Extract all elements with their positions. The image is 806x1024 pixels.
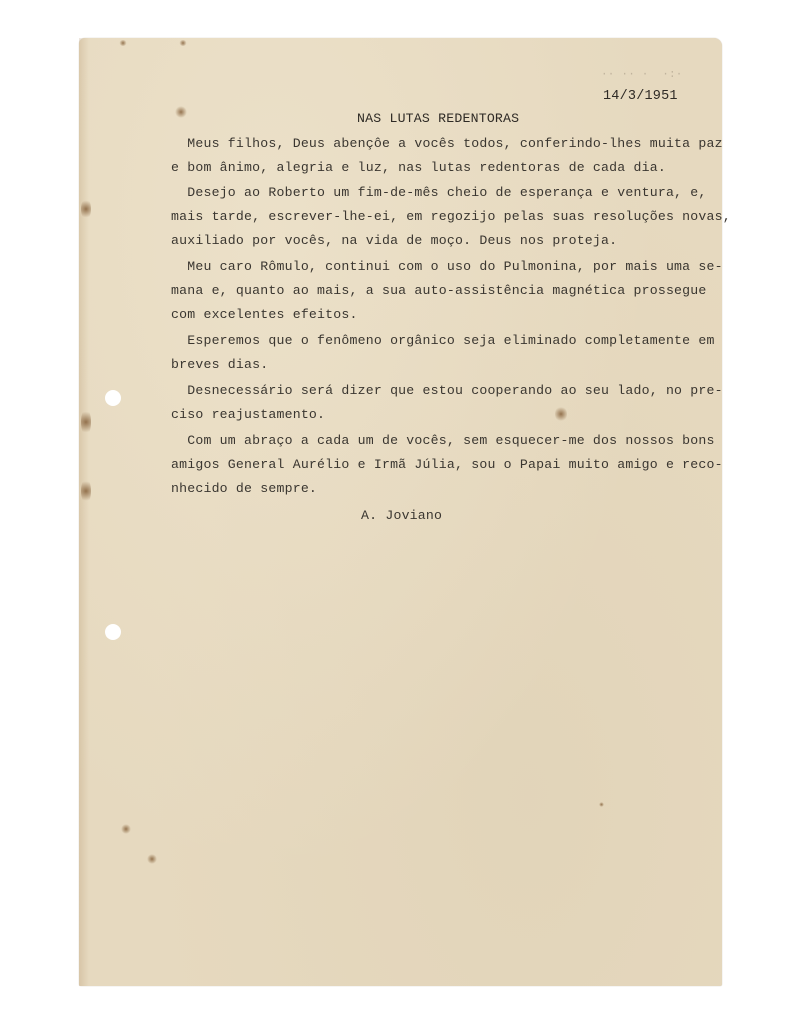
body-line: Desnecessário será dizer que estou coope… bbox=[171, 384, 723, 397]
body-line: Esperemos que o fenômeno orgânico seja e… bbox=[171, 334, 715, 347]
page-edge-shading bbox=[79, 38, 89, 986]
body-line: Desejo ao Roberto um fim-de-mês cheio de… bbox=[171, 186, 707, 199]
stain-spot bbox=[599, 802, 604, 807]
body-line: nhecido de sempre. bbox=[171, 482, 317, 495]
stain-spot bbox=[179, 40, 187, 46]
body-line: com excelentes efeitos. bbox=[171, 308, 358, 321]
body-line: auxiliado por vocês, na vida de moço. De… bbox=[171, 234, 617, 247]
punch-hole-bottom bbox=[105, 624, 121, 640]
body-line: Meus filhos, Deus abençôe a vocês todos,… bbox=[171, 137, 723, 150]
body-line: Meu caro Rômulo, continui com o uso do P… bbox=[171, 260, 723, 273]
stain-spot bbox=[81, 408, 91, 436]
body-line: breves dias. bbox=[171, 358, 268, 371]
stain-spot bbox=[147, 854, 157, 864]
letter-title: NAS LUTAS REDENTORAS bbox=[357, 112, 519, 125]
stain-spot bbox=[81, 198, 91, 220]
stain-spot bbox=[121, 824, 131, 834]
body-line: mais tarde, escrever-lhe-ei, em regozijo… bbox=[171, 210, 731, 223]
letter-date: 14/3/1951 bbox=[603, 90, 678, 104]
body-line: mana e, quanto ao mais, a sua auto-assis… bbox=[171, 284, 707, 297]
stain-spot bbox=[119, 40, 127, 46]
body-line: ciso reajustamento. bbox=[171, 408, 325, 421]
typewritten-letter-page: ·· ·· · ·:· 14/3/1951 NAS LUTAS REDENTOR… bbox=[79, 38, 722, 986]
stain-spot bbox=[175, 106, 187, 118]
stain-spot bbox=[555, 406, 567, 422]
body-line: e bom ânimo, alegria e luz, nas lutas re… bbox=[171, 161, 666, 174]
faint-stamp-text: ·· ·· · ·:· bbox=[601, 70, 683, 81]
punch-hole-top bbox=[105, 390, 121, 406]
body-line: amigos General Aurélio e Irmã Júlia, sou… bbox=[171, 458, 723, 471]
body-line: Com um abraço a cada um de vocês, sem es… bbox=[171, 434, 715, 447]
stain-spot bbox=[81, 478, 91, 504]
signature: A. Joviano bbox=[361, 509, 442, 522]
